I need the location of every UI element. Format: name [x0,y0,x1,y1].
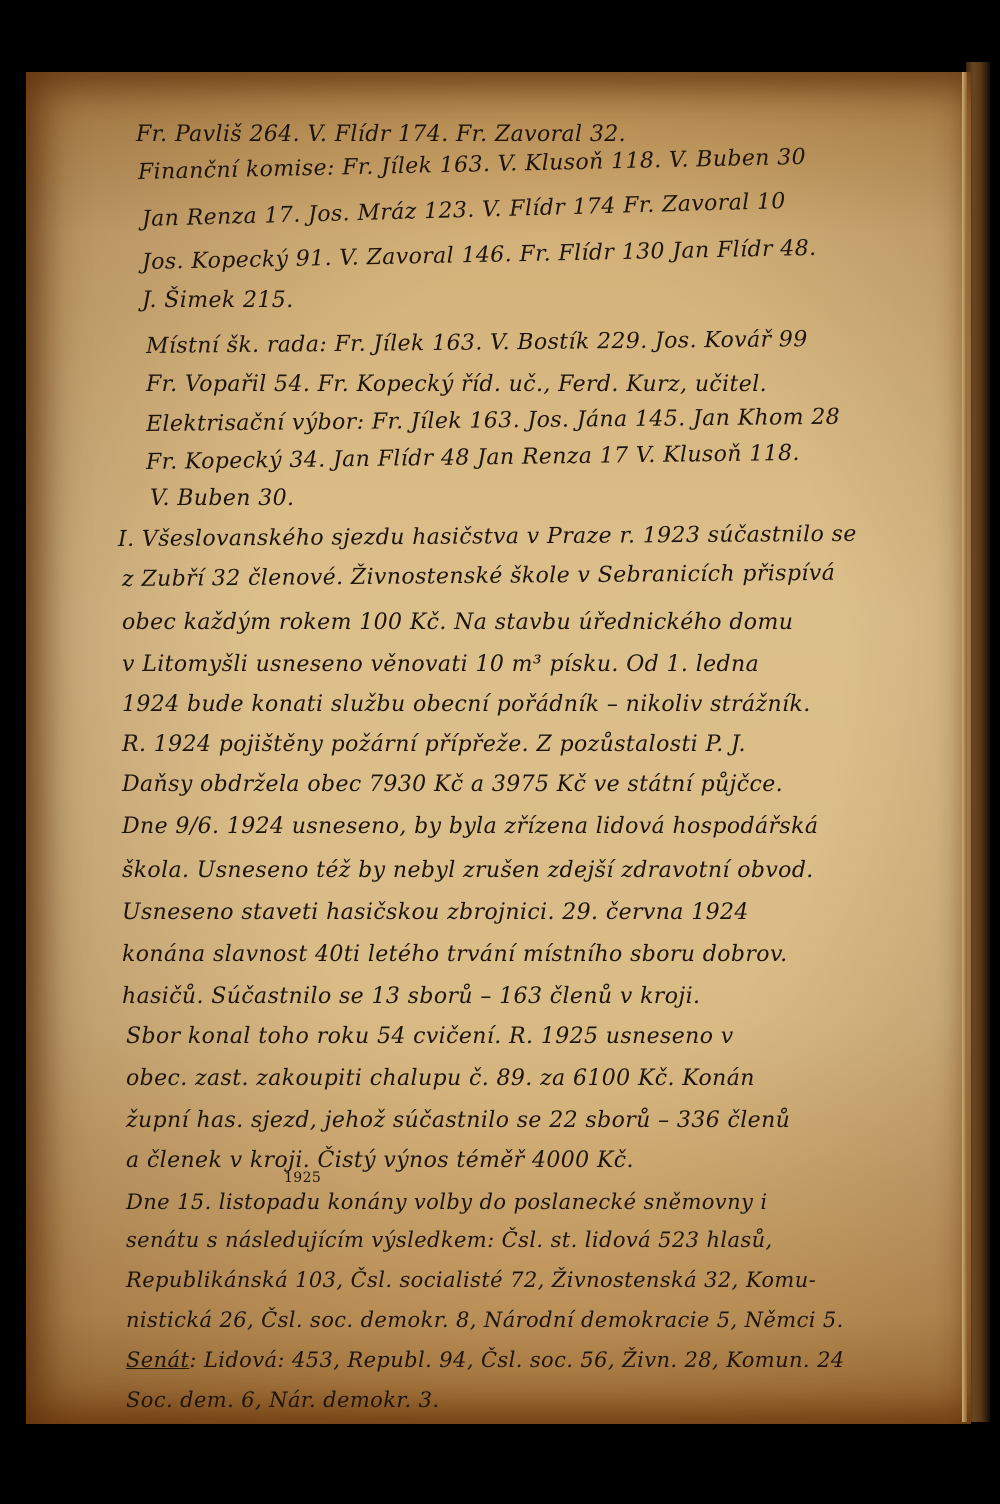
text-line: Sbor konal toho roku 54 cvičení. R. 1925… [126,1024,734,1049]
text-line: 1924 bude konati službu obecní pořádník … [122,692,811,717]
text-line: konána slavnost 40ti letého trvání místn… [122,942,788,967]
text-line: Finanční komise: Fr. Jílek 163. V. Kluso… [138,145,807,185]
text-line: obec každým rokem 100 Kč. Na stavbu úřed… [122,610,793,635]
chronicle-page: Fr. Pavliš 264. V. Flídr 174. Fr. Zavora… [26,72,971,1424]
text-line: župní has. sjezd, jehož súčastnilo se 22… [126,1108,790,1133]
text-line: Dne 9/6. 1924 usneseno, by byla zřízena … [122,814,818,839]
text-line: Fr. Pavliš 264. V. Flídr 174. Fr. Zavora… [136,122,626,147]
text-line: hasičů. Súčastnilo se 13 sborů – 163 čle… [122,984,700,1009]
text-line: V. Buben 30. [150,486,294,511]
text-line: z Zubří 32 členové. Živnostenské škole v… [122,561,835,592]
text-line: Fr. Vopařil 54. Fr. Kopecký říd. uč., Fe… [146,372,767,397]
senate-results-line: Senát: Lidová: 453, Republ. 94, Čsl. soc… [126,1348,845,1372]
text-line: v Litomyšli usneseno věnovati 10 m³ písk… [122,652,759,677]
page-edge [962,72,967,1422]
text-line: Dne 15. listopadu konány volby do poslan… [126,1190,767,1214]
text-line: Místní šk. rada: Fr. Jílek 163. V. Bostí… [146,327,808,359]
text-line: Usneseno staveti hasičskou zbrojnici. 29… [122,900,749,925]
text-line: a členek v kroji. Čistý výnos téměř 4000… [126,1148,634,1173]
year-superscript: 1925 [284,1170,321,1186]
text-line: Fr. Kopecký 34. Jan Flídr 48 Jan Renza 1… [146,441,800,475]
text-line: senátu s následujícím výsledkem: Čsl. st… [126,1228,773,1252]
text-line: škola. Usneseno též by nebyl zrušen zdej… [122,858,814,883]
text-line: Jos. Kopecký 91. V. Zavoral 146. Fr. Flí… [142,236,817,275]
handwritten-text: Fr. Pavliš 264. V. Flídr 174. Fr. Zavora… [26,72,971,1424]
senate-label: Senát [126,1348,189,1372]
text-line: obec. zast. zakoupiti chalupu č. 89. za … [126,1066,755,1091]
text-line: Daňsy obdržela obec 7930 Kč a 3975 Kč ve… [122,772,783,797]
text-line: Soc. dem. 6, Nár. demokr. 3. [126,1388,439,1412]
text-line: nistická 26, Čsl. soc. demokr. 8, Národn… [126,1308,844,1332]
text-line: Republikánská 103, Čsl. socialisté 72, Ž… [126,1268,816,1292]
text-line: Elektrisační výbor: Fr. Jílek 163. Jos. … [146,405,840,437]
text-line: Jan Renza 17. Jos. Mráz 123. V. Flídr 17… [142,189,786,232]
text-line: R. 1924 pojištěny požární přípřeže. Z po… [122,732,746,757]
text-line: J. Šimek 215. [142,288,294,313]
senate-results: : Lidová: 453, Republ. 94, Čsl. soc. 56,… [189,1348,844,1372]
text-line: I. Všeslovanského sjezdu hasičstva v Pra… [118,522,857,552]
